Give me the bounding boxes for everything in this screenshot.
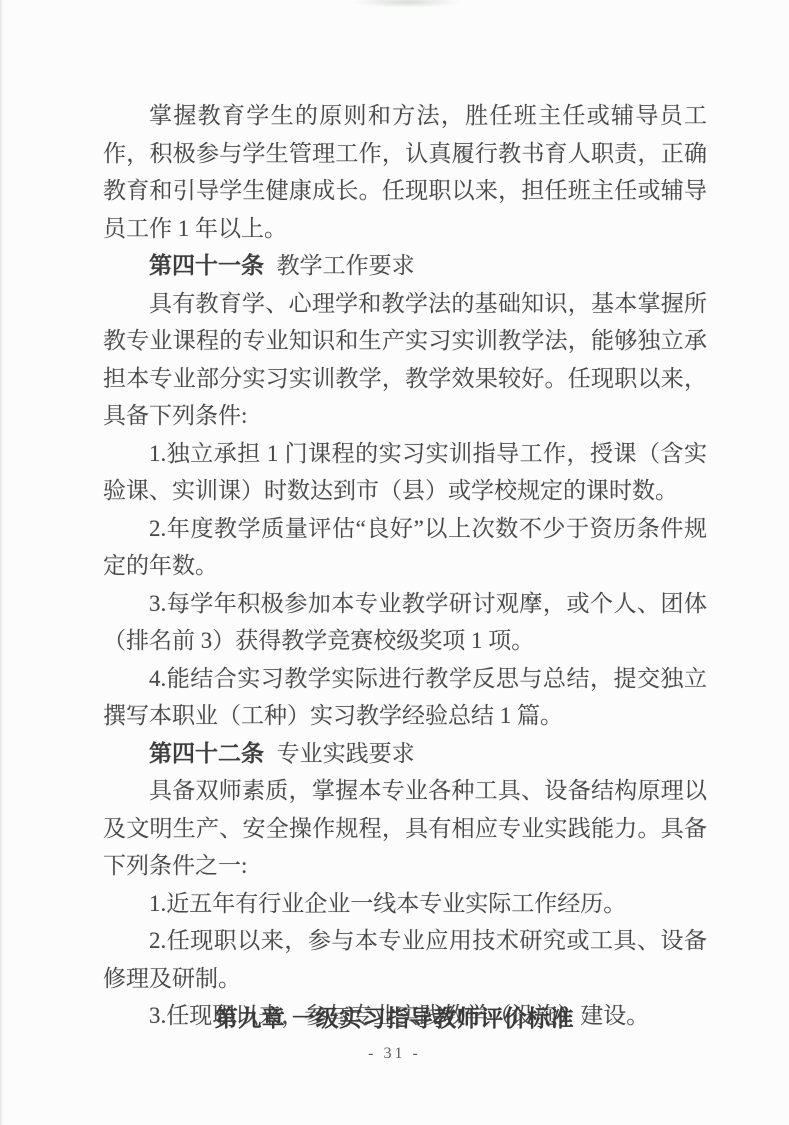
list-item-practice-1: 1.近五年有行业企业一线本专业实际工作经历。 bbox=[103, 885, 707, 923]
scan-smudge-artifact bbox=[352, 0, 462, 8]
page-number: - 31 - bbox=[0, 1045, 789, 1063]
list-item-teaching-4: 4.能结合实习教学实际进行教学反思与总结，提交独立撰写本职业（工种）实习教学经验… bbox=[103, 660, 707, 735]
chapter-9-heading: 第九章 一级实习指导教师评价标准 bbox=[0, 1000, 789, 1033]
list-item-teaching-1: 1.独立承担 1 门课程的实习实训指导工作，授课（含实验课、实训课）时数达到市（… bbox=[103, 435, 707, 510]
article-42-number: 第四十二条 bbox=[149, 740, 264, 766]
paragraph-class-teacher-duty: 掌握教育学生的原则和方法，胜任班主任或辅导员工作，积极参与学生管理工作，认真履行… bbox=[103, 97, 707, 247]
article-heading-42: 第四十二条专业实践要求 bbox=[103, 735, 707, 773]
list-item-practice-2: 2.任现职以来，参与本专业应用技术研究或工具、设备修理及研制。 bbox=[103, 922, 707, 997]
paragraph-teaching-requirement-intro: 具有教育学、心理学和教学法的基础知识，基本掌握所教专业课程的专业知识和生产实习实… bbox=[103, 285, 707, 435]
article-41-number: 第四十一条 bbox=[149, 252, 264, 278]
document-page: 掌握教育学生的原则和方法，胜任班主任或辅导员工作，积极参与学生管理工作，认真履行… bbox=[0, 0, 789, 1125]
list-item-teaching-3: 3.每学年积极参加本专业教学研讨观摩，或个人、团体（排名前 3）获得教学竞赛校级… bbox=[103, 585, 707, 660]
scan-edge-artifact bbox=[0, 0, 3, 1125]
article-41-title: 教学工作要求 bbox=[277, 253, 415, 278]
list-item-teaching-2: 2.年度教学质量评估“良好”以上次数不少于资历条件规定的年数。 bbox=[103, 510, 707, 585]
article-heading-41: 第四十一条教学工作要求 bbox=[103, 247, 707, 285]
article-42-title: 专业实践要求 bbox=[277, 741, 415, 766]
document-body: 掌握教育学生的原则和方法，胜任班主任或辅导员工作，积极参与学生管理工作，认真履行… bbox=[103, 97, 707, 1035]
paragraph-practice-requirement-intro: 具备双师素质，掌握本专业各种工具、设备结构原理以及文明生产、安全操作规程，具有相… bbox=[103, 772, 707, 885]
